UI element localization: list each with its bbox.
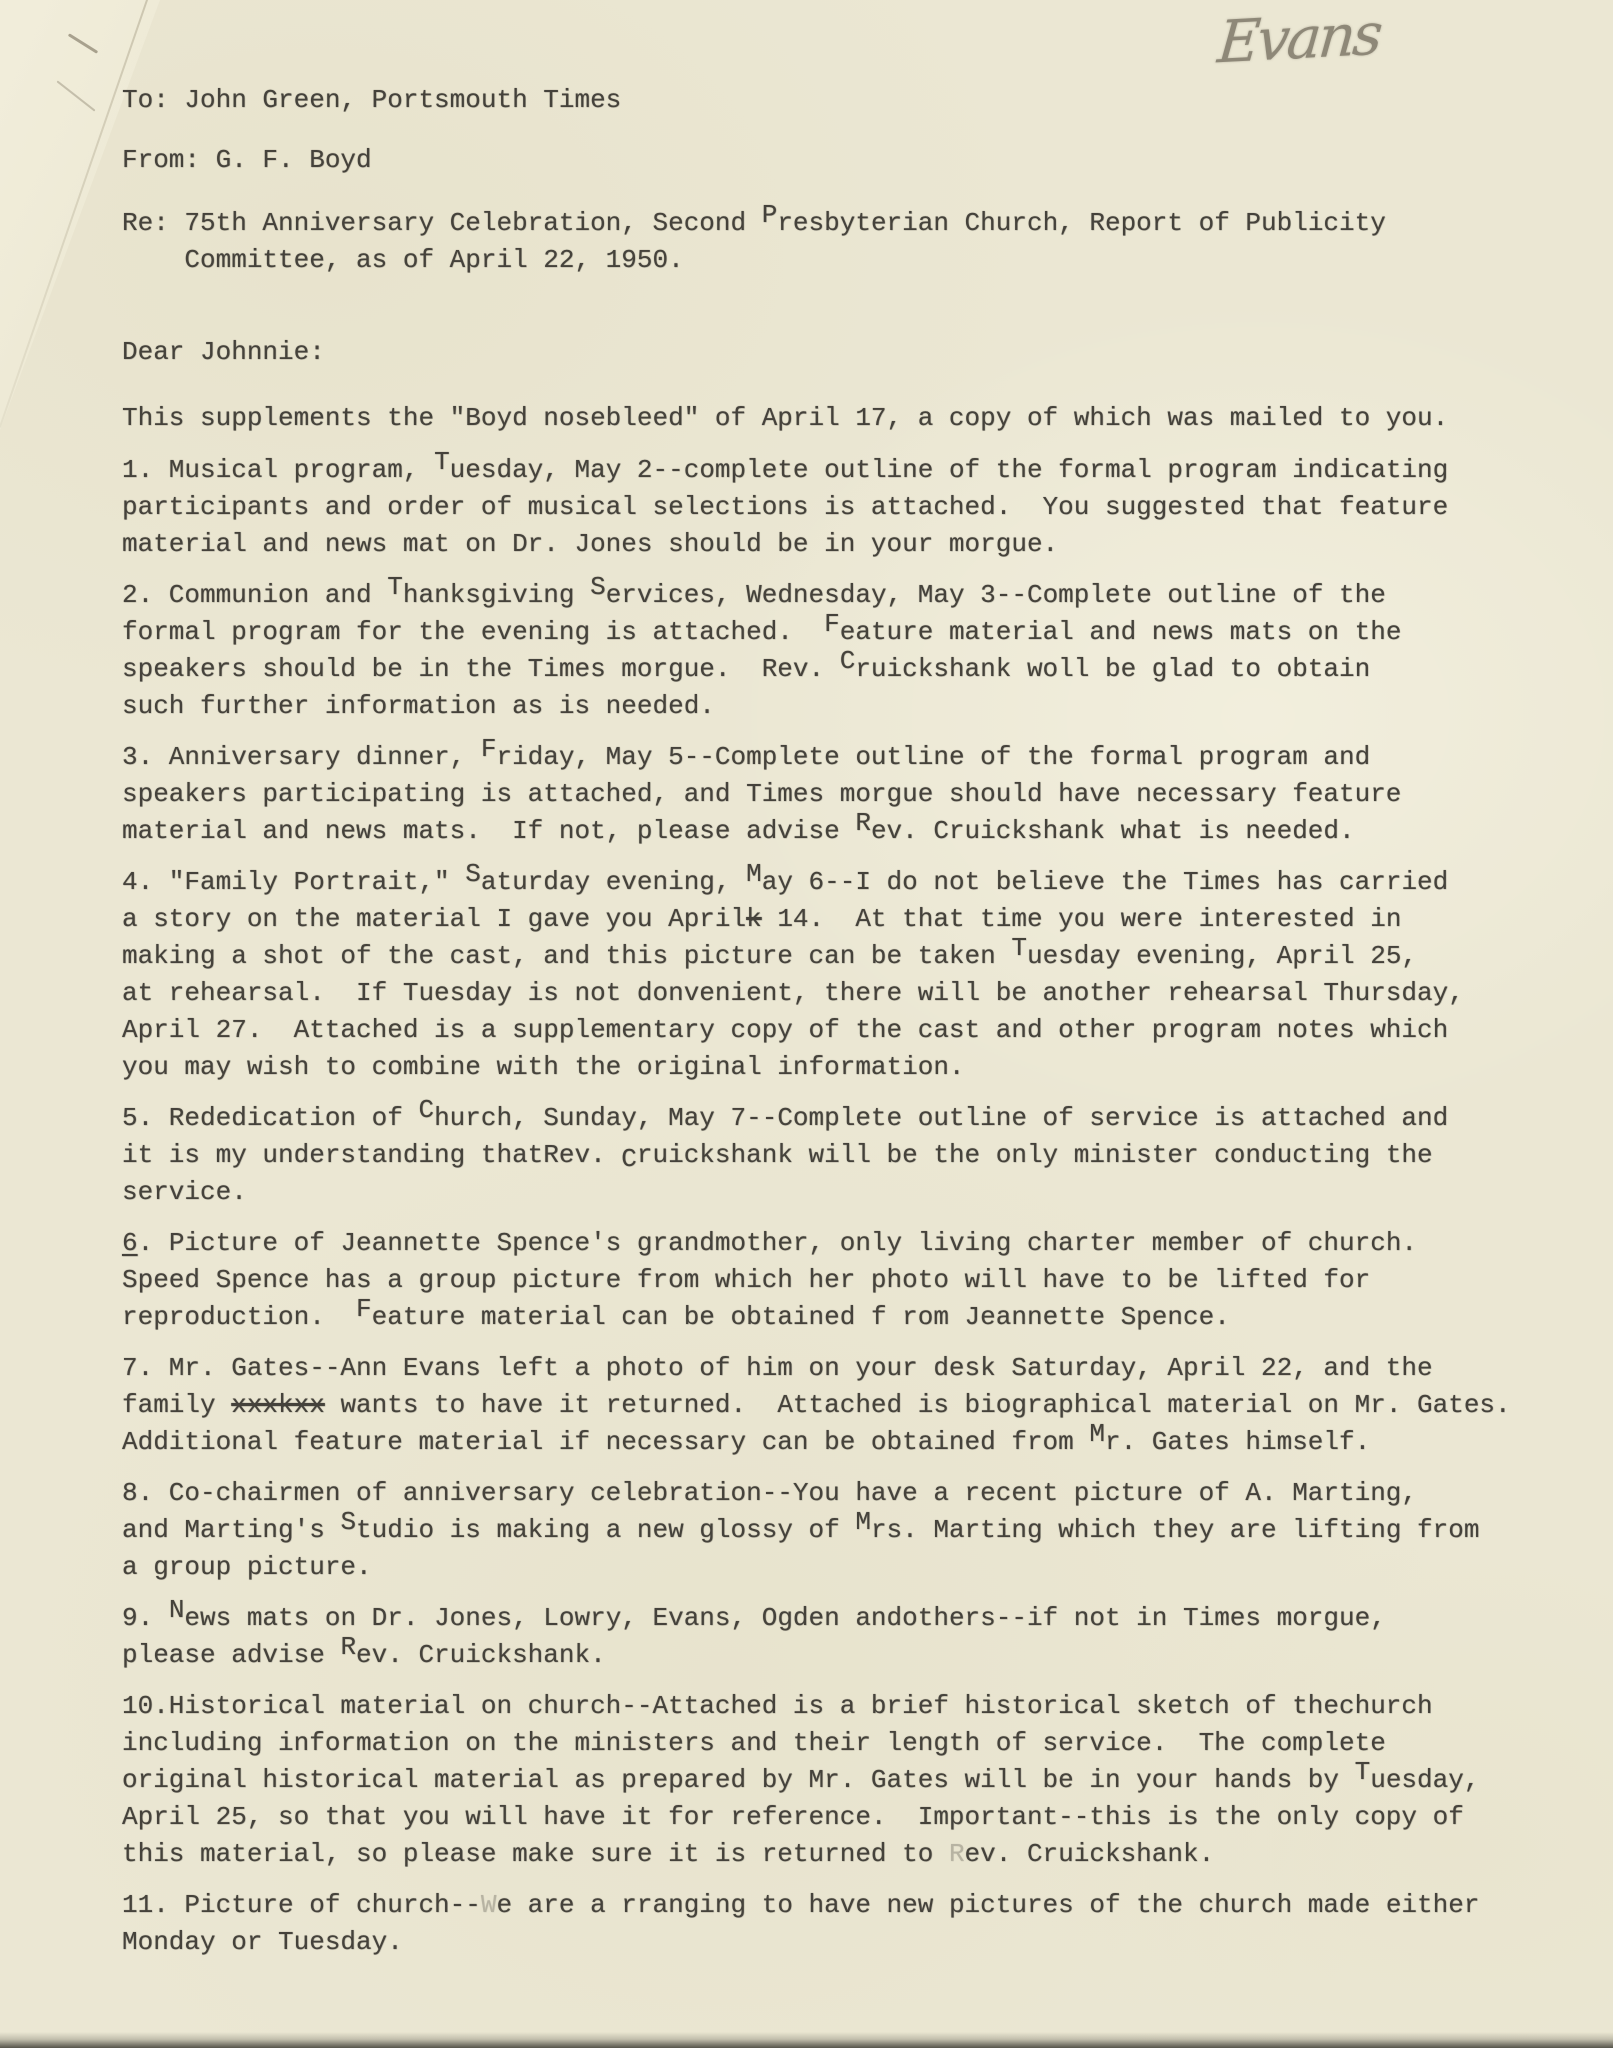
typed-line: material and news mat on Dr. Jones shoul… [122, 526, 1582, 563]
item-10-historical-material: 10.Historical material on church--Attach… [122, 1688, 1582, 1873]
typed-line: such further information as is needed. [122, 688, 1582, 725]
typed-line: 1. Musical program, Tuesday, May 2--comp… [122, 452, 1582, 489]
typed-line: material and news mats. If not, please a… [122, 813, 1582, 850]
item-6-spence-picture: 6. Picture of Jeannette Spence's grandmo… [122, 1225, 1582, 1336]
typed-line: 4. "Family Portrait," Saturday evening, … [122, 864, 1582, 901]
item-5-rededication: 5. Rededication of Church, Sunday, May 7… [122, 1100, 1582, 1211]
typed-line: 6. Picture of Jeannette Spence's grandmo… [122, 1225, 1582, 1262]
typed-line: Committee, as of April 22, 1950. [122, 242, 1582, 279]
typed-line: 11. Picture of church--We are a rranging… [122, 1887, 1582, 1924]
typed-line: 2. Communion and Thanksgiving Services, … [122, 577, 1582, 614]
typed-line: original historical material as prepared… [122, 1762, 1582, 1799]
typed-line: April 25, so that you will have it for r… [122, 1799, 1582, 1836]
typed-line: To: John Green, Portsmouth Times [122, 82, 1582, 119]
typed-line: This supplements the "Boyd nosebleed" of… [122, 400, 1582, 437]
intro-paragraph: This supplements the "Boyd nosebleed" of… [122, 400, 1582, 437]
memo-content: To: John Green, Portsmouth TimesFrom: G.… [122, 0, 1582, 1975]
typed-line: From: G. F. Boyd [122, 142, 1582, 179]
typed-line: 5. Rededication of Church, Sunday, May 7… [122, 1100, 1582, 1137]
typed-line: making a shot of the cast, and this pict… [122, 938, 1582, 975]
item-4-family-portrait: 4. "Family Portrait," Saturday evening, … [122, 864, 1582, 1086]
salutation: Dear Johnnie: [122, 334, 1582, 371]
typed-line: it is my understanding thatRev. Cruicksh… [122, 1137, 1582, 1174]
item-8-co-chairmen: 8. Co-chairmen of anniversary celebratio… [122, 1475, 1582, 1586]
typed-line: this material, so please make sure it is… [122, 1836, 1582, 1873]
typed-line: participants and order of musical select… [122, 489, 1582, 526]
item-3-anniversary-dinner: 3. Anniversary dinner, Friday, May 5--Co… [122, 739, 1582, 850]
typed-line: Monday or Tuesday. [122, 1924, 1582, 1961]
typed-line: service. [122, 1174, 1582, 1211]
typed-line: speakers should be in the Times morgue. … [122, 651, 1582, 688]
scan-bottom-edge [0, 2032, 1613, 2048]
typed-line: a story on the material I gave you April… [122, 901, 1582, 938]
typed-line: Speed Spence has a group picture from wh… [122, 1262, 1582, 1299]
typed-line: you may wish to combine with the origina… [122, 1049, 1582, 1086]
typed-line: 10.Historical material on church--Attach… [122, 1688, 1582, 1725]
typed-line: speakers participating is attached, and … [122, 776, 1582, 813]
typed-line: a group picture. [122, 1549, 1582, 1586]
typed-line: Re: 75th Anniversary Celebration, Second… [122, 205, 1582, 242]
item-2-communion-services: 2. Communion and Thanksgiving Services, … [122, 577, 1582, 725]
to-line: To: John Green, Portsmouth Times [122, 82, 1582, 119]
item-1-musical-program: 1. Musical program, Tuesday, May 2--comp… [122, 452, 1582, 563]
typed-line: Additional feature material if necessary… [122, 1424, 1582, 1461]
typed-line: reproduction. Feature material can be ob… [122, 1299, 1582, 1336]
from-line: From: G. F. Boyd [122, 142, 1582, 179]
letter-page: Evans To: John Green, Portsmouth TimesFr… [0, 0, 1613, 2048]
typed-line: 3. Anniversary dinner, Friday, May 5--Co… [122, 739, 1582, 776]
typed-line: at rehearsal. If Tuesday is not donvenie… [122, 975, 1582, 1012]
typed-line: April 27. Attached is a supplementary co… [122, 1012, 1582, 1049]
item-9-news-mats: 9. News mats on Dr. Jones, Lowry, Evans,… [122, 1600, 1582, 1674]
item-11-church-picture: 11. Picture of church--We are a rranging… [122, 1887, 1582, 1961]
typed-line: please advise Rev. Cruickshank. [122, 1637, 1582, 1674]
item-7-mr-gates: 7. Mr. Gates--Ann Evans left a photo of … [122, 1350, 1582, 1461]
re-line: Re: 75th Anniversary Celebration, Second… [122, 205, 1582, 279]
typed-line: 7. Mr. Gates--Ann Evans left a photo of … [122, 1350, 1582, 1387]
typed-line: Dear Johnnie: [122, 334, 1582, 371]
typed-line: and Marting's Studio is making a new glo… [122, 1512, 1582, 1549]
typed-line: family xxxkxx wants to have it returned.… [122, 1387, 1582, 1424]
